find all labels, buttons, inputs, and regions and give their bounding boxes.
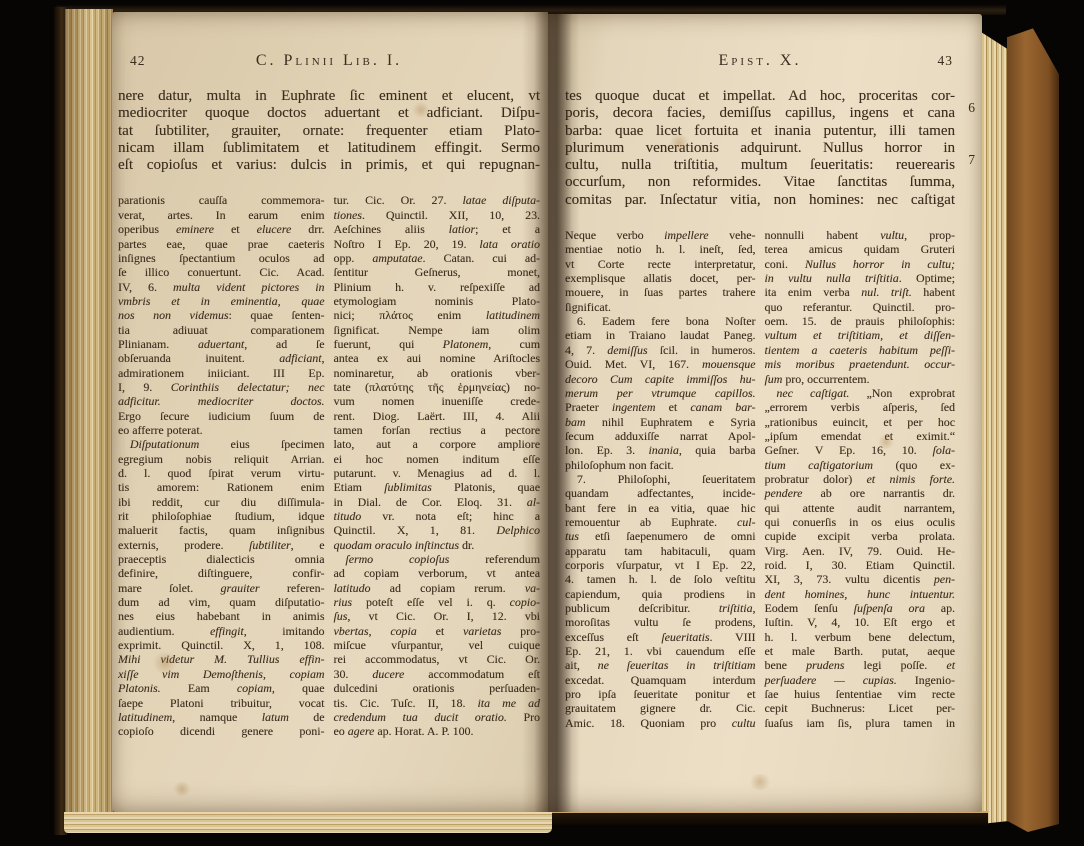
text-line: Iuſtin. V, 4, 10. Eſt ergo et — [765, 615, 956, 629]
text-line: definire, diſtinguere, confir- — [118, 566, 325, 580]
text-line: in vultu nulla triſtitia. Optime; — [765, 271, 956, 285]
text-line: 4, 7. demiſſus ſcil. in humeros. — [565, 343, 756, 357]
text-line: Ep. 21, 1. vbi cauendum eſſe — [565, 644, 756, 658]
text-line: comitas par. Inſectatur vitia, non homin… — [565, 192, 955, 209]
text-line: vbertas, copia et varietas pro- — [334, 624, 541, 638]
page-edges-right — [981, 24, 1011, 824]
text-line: tat ſubtiliter, grauiter, ornate: freque… — [118, 123, 540, 140]
text-line: ſentitur Geſnerus, monet, — [334, 265, 541, 279]
text-line: cupide excipit verba prolata. — [765, 529, 956, 543]
text-line: tium caſtigatorium (quo ex- — [765, 458, 956, 472]
text-line: 6. Eadem fere bona Noſter — [565, 314, 756, 328]
text-line: mediocriter quoque doctos aduertant et a… — [118, 105, 540, 122]
text-line: moroſitas vultu ſe prodens, — [565, 615, 756, 629]
text-line: 30. ducere accommodatum eſt — [334, 667, 541, 681]
text-line: ſus, vt Cic. Or. I, 12. vbi — [334, 609, 541, 623]
right-main-text: tes quoque ducat et impellat. Ad hoc, pr… — [565, 88, 955, 209]
text-line: nonnulli habent vultu, prop- — [765, 228, 956, 242]
text-line: tientem a caeteris habitum peſſi- — [765, 343, 956, 357]
text-line: decoro Cum capite immiſſos hu- — [565, 372, 756, 386]
book-cover-right — [1007, 26, 1059, 832]
text-line: nere datur, multa in Euphrate ſic eminen… — [118, 88, 540, 105]
text-line: XI, 3, 73. vultu dicentis pen- — [765, 572, 956, 586]
text-line: latitudo ad copiam rerum. va- — [334, 581, 541, 595]
text-line: „ipſum emendat et eximit.“ — [765, 429, 956, 443]
text-line: externis, prodere. ſubtiliter, e — [118, 538, 325, 552]
left-page: 42 C. Plinii Lib. I. nere datur, multa i… — [112, 12, 548, 812]
text-line: Diſputationum eius ſpecimen — [118, 437, 325, 451]
text-line: egregium nobis reliquit Arrian. — [118, 452, 325, 466]
text-line: nominaretur, ab orationis vber- — [334, 366, 541, 380]
text-line: cepit Buchnerus: Licet per- — [765, 701, 956, 715]
text-line: Mihi videtur M. Tullius effin- — [118, 652, 325, 666]
text-line: vultum et triſtitiam, et diſſen- — [765, 328, 956, 342]
right-notes: Neque verbo impellere vehe-mentiae notio… — [565, 228, 955, 730]
page-edges-left — [65, 9, 113, 829]
text-line: bant fere in ea vitia, quae hic — [565, 501, 756, 515]
text-line: ſignificat. — [565, 300, 756, 314]
text-line: ſuaſus iam ſis, plura tamen in — [765, 716, 956, 730]
text-line: ei hoc nomen inditum eſſe — [334, 452, 541, 466]
text-line: pro ipſa ſeueritate ponitur et — [565, 687, 756, 701]
text-line: latitudinem, namque latum de — [118, 710, 325, 724]
text-line: audientium. effingit, imitando — [118, 624, 325, 638]
text-line: poris, decora facies, demiſſus capillus,… — [565, 105, 955, 122]
text-line: tia adiuuat comparationem — [118, 323, 325, 337]
text-line: lato, aut a corpore ampliore — [334, 437, 541, 451]
text-line: corporis vſurpatur, vt I Ep. 22, — [565, 558, 756, 572]
text-line: rius poteſt eſſe vel i. q. copio- — [334, 595, 541, 609]
text-line: parationis cauſſa commemora- — [118, 193, 325, 207]
left-running-title: C. Plinii Lib. I. — [188, 52, 470, 70]
text-line: barba: quae licet fortuita et inania put… — [565, 123, 955, 140]
text-line: Plinianam. aduertant, ad ſe — [118, 337, 325, 351]
text-line: mouere, in ſuas partes trahere — [565, 285, 756, 299]
text-line: 4. tamen h. l. de ſolo veſtitu — [565, 572, 756, 586]
text-line: eo agere ap. Horat. A. P. 100. — [334, 724, 541, 738]
text-line: merum per vtrumque capillos. — [565, 386, 756, 400]
text-line: opp. amputatae. Catan. cui ad- — [334, 251, 541, 265]
text-line: tamen forſan rectius a pectore — [334, 423, 541, 437]
text-line: Platonis. Eam copiam, quae — [118, 681, 325, 695]
text-line: Geſner. V Ep. 16, 10. ſola- — [765, 443, 956, 457]
text-line: probratur dolor) et nimis forte. — [765, 472, 956, 486]
text-line: rei accommodatus, vt Cic. Or. — [334, 652, 541, 666]
text-line: vum nomen inueniſſe crede- — [334, 394, 541, 408]
left-notes-col1: parationis cauſſa commemora-verat, artes… — [118, 193, 325, 738]
text-line: vmbris et in eminentia, quae — [118, 294, 325, 308]
text-line: plurimum venerationis adquirunt. Nullus … — [565, 140, 955, 157]
text-line: Eodem ſenſu ſuſpenſa ora ap. — [765, 601, 956, 615]
text-line: titudo vr. nota eſt; hinc a — [334, 509, 541, 523]
text-line: lon. Ep. 3. inania, quia barba — [565, 443, 756, 457]
text-line: rit philoſophiae ſtudium, idque — [118, 509, 325, 523]
text-line: tate (πλατύτης τῆς ἑρμηνείας) no- — [334, 380, 541, 394]
text-line: copioſo dicendi genere poni- — [118, 724, 325, 738]
text-line: cultu, nulla triſtitia, multum ſeueritat… — [565, 157, 955, 174]
text-line: putarunt. v. Menagius ad d. l. — [334, 466, 541, 480]
text-line: ſaepe Platoni tribuitur, vocat — [118, 696, 325, 710]
text-line: Aeſchines aliis latior; et a — [334, 222, 541, 236]
text-line: vt Corte recte interpretatur, — [565, 257, 756, 271]
text-line: eo afferre poterat. — [118, 423, 325, 437]
right-page-number: 43 — [885, 53, 955, 69]
text-line: remouentur ab Euphrate. cul- — [565, 515, 756, 529]
text-line: mentiae notio h. l. ineſt, ſed, — [565, 242, 756, 256]
text-line: nicam illam ſublimitatem et latitudinem … — [118, 140, 540, 157]
right-running-title: Epist. X. — [635, 52, 885, 70]
text-line: fuerunt, qui Platonem, cum — [334, 337, 541, 351]
text-line: h. l. verbum bene delectum, — [765, 630, 956, 644]
text-line: et male Barth. putat, aeque — [765, 644, 956, 658]
text-line: Virg. Aen. IV, 79. Ouid. He- — [765, 544, 956, 558]
text-line: ad copiam verborum, vt antea — [334, 566, 541, 580]
text-line: roid. I, 30. Etiam Quinctil. — [765, 558, 956, 572]
text-line: ſermo copioſus referendum — [334, 552, 541, 566]
text-line: quandam adfectantes, incide- — [565, 486, 756, 500]
text-line: ſum pro, occurrentem. — [765, 372, 956, 386]
text-line: 7. Philoſophi, ſeueritatem — [565, 472, 756, 486]
text-line: verat, artes. In earum enim — [118, 208, 325, 222]
text-line: „rationibus euincit, et per hoc — [765, 415, 956, 429]
text-line: excedat. Quamquam interdum — [565, 673, 756, 687]
text-line: bam nihil Euphratem e Syria — [565, 415, 756, 429]
text-line: antea ex aui nomine Ariſtocles — [334, 351, 541, 365]
text-line: adficitur. mediocriter doctos. — [118, 394, 325, 408]
right-notes-col2: nonnulli habent vultu, prop-terea amicus… — [765, 228, 956, 730]
text-line: Plinium h. v. reſpexiſſe ad — [334, 280, 541, 294]
text-line: tis. Cic. Tuſc. II, 18. ita me ad — [334, 696, 541, 710]
text-line: nes eius habebant in animis — [118, 609, 325, 623]
text-line: maluerit factis, quam inſignibus — [118, 523, 325, 537]
text-line: philoſophum non facit. — [565, 458, 756, 472]
text-line: etiam in Traiano laudat Paneg. — [565, 328, 756, 342]
text-line: xiſſe vim Demoſthenis, copiam — [118, 667, 325, 681]
text-line: grauitatem gignere dr. Cic. — [565, 701, 756, 715]
text-line: exceſſus eſt ſeueritatis. VIII — [565, 630, 756, 644]
text-line: nici; πλάτος enim latitudinem — [334, 308, 541, 322]
left-page-number: 42 — [118, 53, 188, 69]
text-line: etymologiam nominis Plato- — [334, 294, 541, 308]
text-line: credendum tua ducit oratio. Pro — [334, 710, 541, 724]
text-line: dent homines, hunc intuentur. — [765, 587, 956, 601]
margin-section-number-6: 6 — [968, 100, 975, 116]
margin-section-number-7: 7 — [968, 152, 975, 168]
text-line: tis amorem: Rationem enim — [118, 480, 325, 494]
text-line: partes eae, quae prae caeteris — [118, 237, 325, 251]
text-line: mare ſolet. grauiter referen- — [118, 581, 325, 595]
text-line: ſecum adduxiſſe narrat Apol- — [565, 429, 756, 443]
right-notes-col1: Neque verbo impellere vehe-mentiae notio… — [565, 228, 756, 730]
text-line: ſe illico conuertunt. Cic. Acad. — [118, 265, 325, 279]
text-line: Ergo ſecure iudicium ſuum de — [118, 409, 325, 423]
text-line: inſignes ſpectantium oculos ad — [118, 251, 325, 265]
text-line: coni. Nullus horror in cultu; — [765, 257, 956, 271]
text-line: rent. Diog. Laërt. III, 4. Alii — [334, 409, 541, 423]
left-notes-col2: tur. Cic. Or. 27. latae diſputa-tiones. … — [334, 193, 541, 738]
text-line: Praeter ingentem et canam bar- — [565, 400, 756, 414]
text-line: tus etſi ſaepenumero de omni — [565, 529, 756, 543]
text-line: tur. Cic. Or. 27. latae diſputa- — [334, 193, 541, 207]
text-line: quodam oraculo inſtinctus dr. — [334, 538, 541, 552]
text-line: qui attente audit narrantem, — [765, 501, 956, 515]
text-line: quo referantur. Quinctil. pro- — [765, 300, 956, 314]
text-line: mis moribus praetendunt. occur- — [765, 357, 956, 371]
text-line: dum ad vim, quam diſputatio- — [118, 595, 325, 609]
text-line: Quinctil. X, 1, 81. Delphico — [334, 523, 541, 537]
right-page: Epist. X. 43 tes quoque ducat et impella… — [548, 14, 982, 812]
text-line: ita enim verba nul. triſt. habent — [765, 285, 956, 299]
text-line: Neque verbo impellere vehe- — [565, 228, 756, 242]
text-line: praeceptis dialecticis omnia — [118, 552, 325, 566]
text-line: in Dial. de Cor. Eloq. 31. al- — [334, 495, 541, 509]
text-line: perſuadere — cupias. Ingenio- — [765, 673, 956, 687]
text-line: I, 9. Corinthiis delectatur; nec — [118, 380, 325, 394]
text-line: nos non videmus: quae ſenten- — [118, 308, 325, 322]
text-line: obſeruanda inuitent. adficiant, — [118, 351, 325, 365]
text-line: occurſum, non reformides. Vitae ſanctita… — [565, 174, 955, 191]
text-line: ſignificat. Nempe iam olim — [334, 323, 541, 337]
text-line: Amic. 18. Quoniam pro cultu — [565, 716, 756, 730]
text-line: IV, 6. multa vident pictores in — [118, 280, 325, 294]
text-line: operibus eminere et elucere drr. — [118, 222, 325, 236]
left-notes: parationis cauſſa commemora-verat, artes… — [118, 193, 540, 738]
text-line: tes quoque ducat et impellat. Ad hoc, pr… — [565, 88, 955, 105]
text-line: d. l. quod ſpirat verum virtu- — [118, 466, 325, 480]
text-line: Etiam ſublimitas Platonis, quae — [334, 480, 541, 494]
text-line: dulcedini orationis perſuaden- — [334, 681, 541, 695]
text-line: capiendum, quia prodiens in — [565, 587, 756, 601]
text-line: tiones. Quinctil. XII, 10, 23. — [334, 208, 541, 222]
left-main-text: nere datur, multa in Euphrate ſic eminen… — [118, 88, 540, 174]
text-line: nec caſtigat. „Non exprobrat — [765, 386, 956, 400]
right-page-header: Epist. X. 43 — [565, 52, 955, 76]
book-photo: 42 C. Plinii Lib. I. nere datur, multa i… — [0, 0, 1084, 846]
text-line: pendere ab ore narrantis dr. — [765, 486, 956, 500]
text-line: „errorem verbis aſperis, ſed — [765, 400, 956, 414]
text-line: ait, ne ſeueritas in triſtitiam — [565, 658, 756, 672]
text-line: apparatu tam habitaculi, quam — [565, 544, 756, 558]
foxing-spot — [748, 774, 772, 790]
text-line: Noſtro I Ep. 20, 19. lata oratio — [334, 237, 541, 251]
text-line: terea amicus quidam Gruteri — [765, 242, 956, 256]
left-page-header: 42 C. Plinii Lib. I. — [118, 52, 540, 76]
text-line: oem. 15. de prauis philoſophis: — [765, 314, 956, 328]
foxing-spot — [172, 782, 192, 796]
text-line: publicum deſcribitur. triſtitia, — [565, 601, 756, 615]
text-line: Ouid. Met. VI, 167. mouensque — [565, 357, 756, 371]
text-line: admirationem iniiciant. III Ep. — [118, 366, 325, 380]
text-line: eſt copioſus et varius: dulcis in primis… — [118, 157, 540, 174]
page-edges-bottom — [64, 812, 552, 833]
text-line: ſae huius ſententiae vim recte — [765, 687, 956, 701]
page-edge-bottom-right — [552, 811, 988, 825]
text-line: ibi reddit, cur diu diſſimula- — [118, 495, 325, 509]
text-line: exemplisque allatis docet, per- — [565, 271, 756, 285]
text-line: bene prudens legi poſſe. et — [765, 658, 956, 672]
text-line: qui conuerſis in os eius oculis — [765, 515, 956, 529]
text-line: exprimit. Quinctil. X, 1, 108. — [118, 638, 325, 652]
text-line: miſcue vſurpantur, vel cuique — [334, 638, 541, 652]
